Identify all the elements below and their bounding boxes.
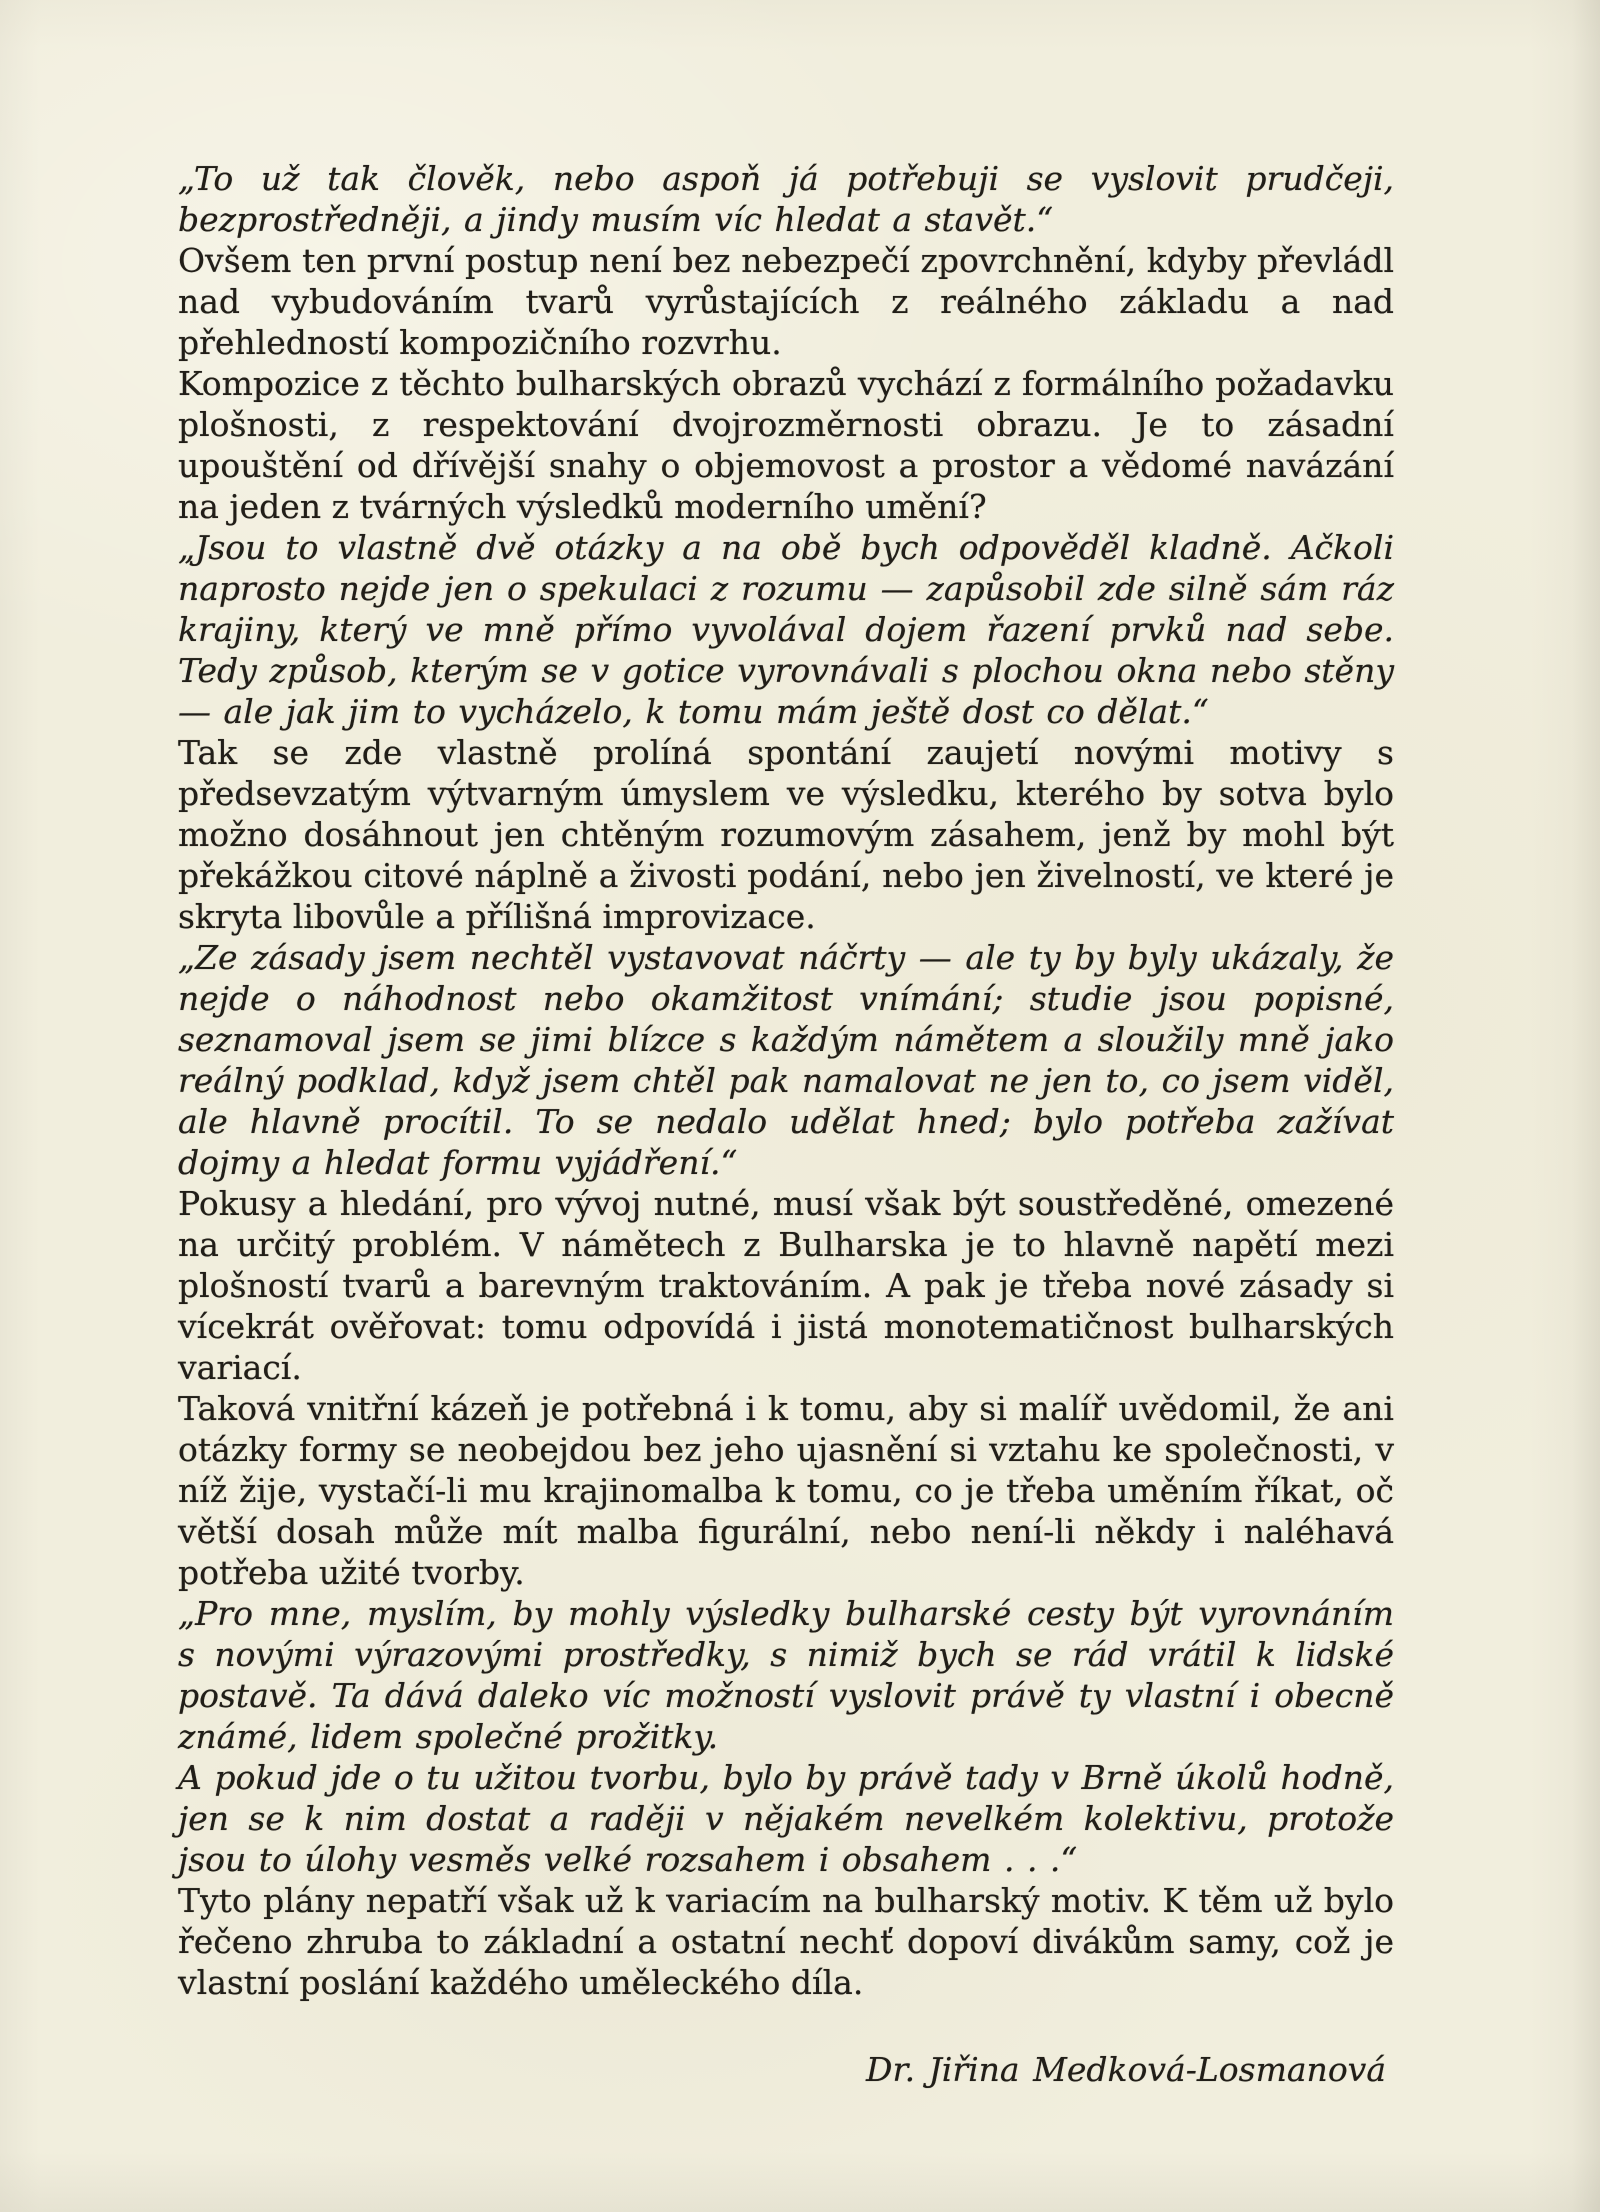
paragraph-quote: „Pro mne, myslím, by mohly výsledky bulh… — [178, 1593, 1394, 1757]
paragraph-body: Pokusy a hledání, pro vývoj nutné, musí … — [178, 1183, 1394, 1388]
paragraph-quote: A pokud jde o tu užitou tvorbu, bylo by … — [178, 1757, 1394, 1880]
paragraph-body: Ovšem ten první postup není bez nebezpeč… — [178, 240, 1394, 363]
essay-text-block: „To už tak člověk, nebo aspoň já potřebu… — [178, 158, 1394, 2090]
paragraph-body: Taková vnitřní kázeň je potřebná i k tom… — [178, 1388, 1394, 1593]
author-signature: Dr. Jiřina Medková-Losmanová — [178, 2049, 1394, 2090]
paragraph-body: Kompozice z těchto bulharských obrazů vy… — [178, 363, 1394, 527]
paragraph-quote: „Ze zásady jsem nechtěl vystavovat náčrt… — [178, 937, 1394, 1183]
paragraph-body: Tak se zde vlastně prolíná spontání zauj… — [178, 732, 1394, 937]
paragraph-quote: „To už tak člověk, nebo aspoň já potřebu… — [178, 158, 1394, 240]
paragraph-body: Tyto plány nepatří však už k variacím na… — [178, 1880, 1394, 2003]
paragraph-quote: „Jsou to vlastně dvě otázky a na obě byc… — [178, 527, 1394, 732]
